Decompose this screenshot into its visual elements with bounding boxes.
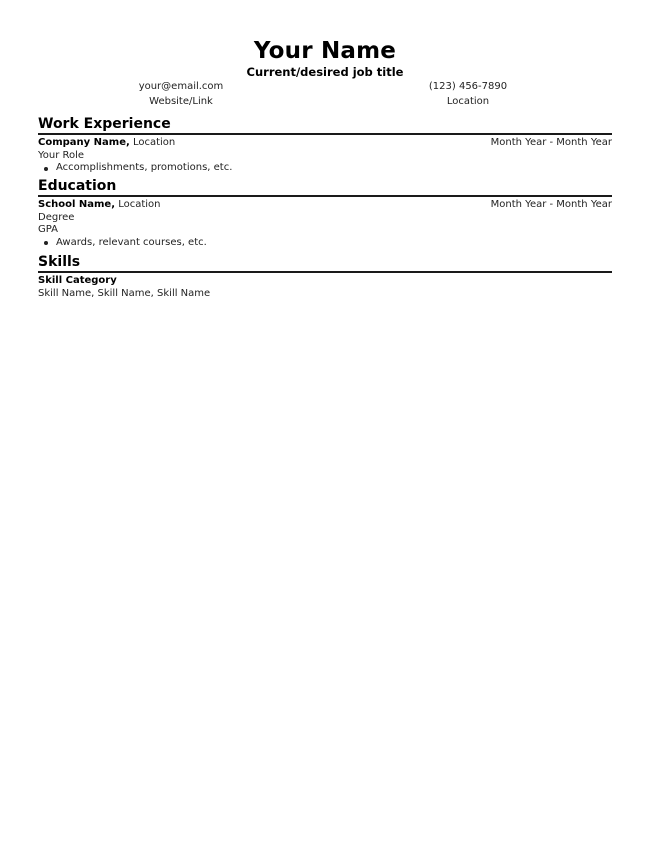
contact-website: Website/Link xyxy=(81,95,281,109)
contact-location: Location xyxy=(368,95,568,109)
work-dates: Month Year - Month Year xyxy=(491,137,612,150)
school-name: School Name, xyxy=(38,199,115,210)
education-bullet-text: Awards, relevant courses, etc. xyxy=(56,237,207,248)
section-work-experience: Work Experience Company Name, Location M… xyxy=(38,115,612,175)
education-dates: Month Year - Month Year xyxy=(491,199,612,212)
contact-email: your@email.com xyxy=(81,80,281,94)
list-item: Accomplishments, promotions, etc. xyxy=(38,162,612,175)
gpa: GPA xyxy=(38,224,612,237)
company-line: Company Name, Location Month Year - Mont… xyxy=(38,137,612,150)
bullet-icon xyxy=(44,241,48,245)
section-title: Work Experience xyxy=(38,115,612,133)
job-title: Current/desired job title xyxy=(38,64,612,80)
company-name: Company Name, xyxy=(38,137,130,148)
list-item: Awards, relevant courses, etc. xyxy=(38,237,612,250)
school-line: School Name, Location Month Year - Month… xyxy=(38,199,612,212)
section-education: Education School Name, Location Month Ye… xyxy=(38,177,612,249)
section-divider xyxy=(38,133,612,135)
bullet-icon xyxy=(44,167,48,171)
contact-phone: (123) 456-7890 xyxy=(368,80,568,94)
skill-category: Skill Category xyxy=(38,275,612,288)
section-skills: Skills Skill Category Skill Name, Skill … xyxy=(38,253,612,300)
section-title: Education xyxy=(38,177,612,195)
role: Your Role xyxy=(38,150,612,163)
section-title: Skills xyxy=(38,253,612,271)
degree: Degree xyxy=(38,212,612,225)
work-bullet-text: Accomplishments, promotions, etc. xyxy=(56,162,232,173)
candidate-name: Your Name xyxy=(38,36,612,66)
school-location: Location xyxy=(118,199,160,210)
section-divider xyxy=(38,271,612,273)
company-location: Location xyxy=(133,137,175,148)
section-divider xyxy=(38,195,612,197)
skill-list: Skill Name, Skill Name, Skill Name xyxy=(38,288,612,301)
